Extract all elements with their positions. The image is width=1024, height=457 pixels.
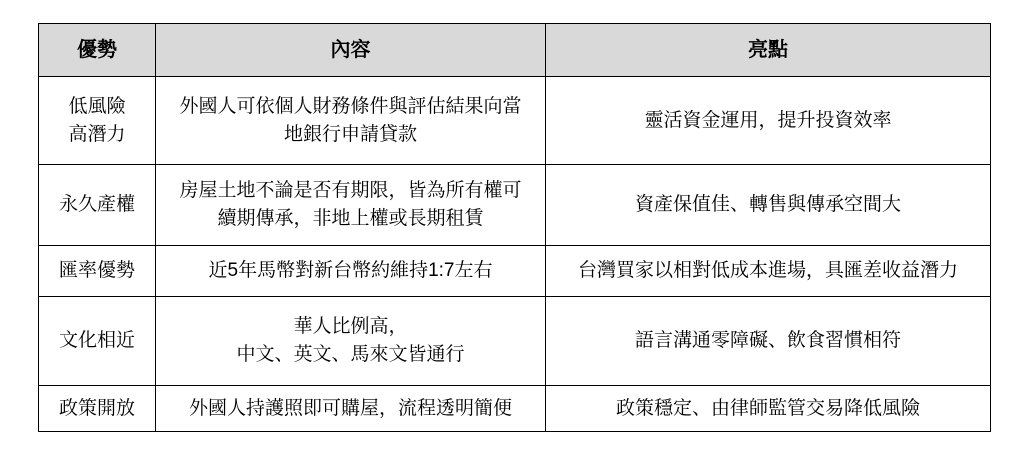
header-row: 優勢 內容 亮點 [39,24,991,77]
header-advantage: 優勢 [39,24,156,77]
table-row-freehold-ownership: 永久產權 房屋土地不論是否有期限，皆為所有權可 續期傳承，非地上權或長期租賃 資… [39,165,991,246]
advantage-cell: 永久產權 [39,165,156,246]
highlight-cell: 靈活資金運用，提升投資效率 [546,77,991,165]
advantage-cell: 文化相近 [39,297,156,386]
highlight-cell: 資產保值佳、轉售與傳承空間大 [546,165,991,246]
table-row-low-risk-high-potential: 低風險 高潛力 外國人可依個人財務條件與評估結果向當 地銀行申請貸款 靈活資金運… [39,77,991,165]
advantage-cell: 低風險 高潛力 [39,77,156,165]
advantages-comparison-table: 優勢 內容 亮點 低風險 高潛力 外國人可依個人財務條件與評估結果向當 地銀行申… [38,23,991,432]
table-row-cultural-similarity: 文化相近 華人比例高， 中文、英文、馬來文皆通行 語言溝通零障礙、飲食習慣相符 [39,297,991,386]
content-cell: 近5年馬幣對新台幣約維持1:7左右 [156,246,546,297]
content-cell: 外國人持護照即可購屋，流程透明簡便 [156,386,546,432]
content-cell: 房屋土地不論是否有期限，皆為所有權可 續期傳承，非地上權或長期租賃 [156,165,546,246]
highlight-cell: 台灣買家以相對低成本進場，具匯差收益潛力 [546,246,991,297]
header-highlight: 亮點 [546,24,991,77]
content-cell: 華人比例高， 中文、英文、馬來文皆通行 [156,297,546,386]
advantage-cell: 政策開放 [39,386,156,432]
header-content: 內容 [156,24,546,77]
comparison-table-container: 優勢 內容 亮點 低風險 高潛力 外國人可依個人財務條件與評估結果向當 地銀行申… [38,23,991,432]
content-cell: 外國人可依個人財務條件與評估結果向當 地銀行申請貸款 [156,77,546,165]
highlight-cell: 語言溝通零障礙、飲食習慣相符 [546,297,991,386]
table-row-exchange-rate: 匯率優勢 近5年馬幣對新台幣約維持1:7左右 台灣買家以相對低成本進場，具匯差收… [39,246,991,297]
advantage-cell: 匯率優勢 [39,246,156,297]
table-row-open-policy: 政策開放 外國人持護照即可購屋，流程透明簡便 政策穩定、由律師監管交易降低風險 [39,386,991,432]
highlight-cell: 政策穩定、由律師監管交易降低風險 [546,386,991,432]
